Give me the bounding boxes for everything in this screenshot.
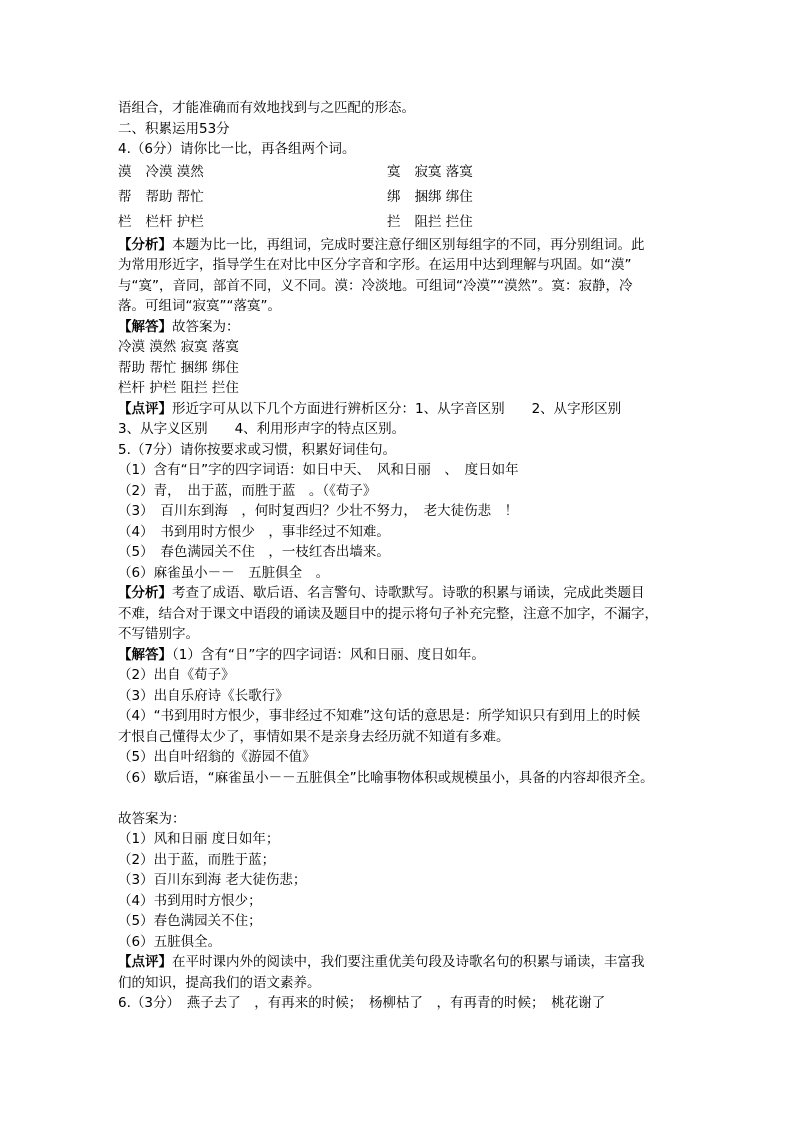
q4-pair-row: 帮帮助 帮忙 绑捆绑 绑住: [118, 185, 678, 210]
words: 栏杆 护栏: [146, 214, 204, 230]
answer-line: 栏杆 护栏 阻拦 拦住: [118, 378, 678, 399]
q4-pair-left: 漠冷漠 漠然: [118, 160, 204, 185]
q4-analysis: 【分析】本题为比一比，再组词，完成时要注意仔细区别每组字的不同，再分别组词。此 …: [118, 235, 678, 317]
analysis-text: 考查了成语、歇后语、名言警句、诗歌默写。诗歌的积累与诵读，完成此类题目: [172, 585, 645, 601]
q4-answer: 【解答】故答案为： 冷漠 漠然 寂寞 落寞 帮助 帮忙 捆绑 绑住 栏杆 护栏 …: [118, 317, 678, 399]
q5-item: （5） 春色满园关不住 ，一枝红杏出墙来。: [118, 542, 678, 563]
words: 寂寞 落寞: [415, 164, 473, 180]
words: 阻拦 拦住: [415, 214, 473, 230]
q5-comment: 【点评】在平时课内外的阅读中，我们要注重优美句段及诗歌名句的积累与诵读，丰富我 …: [118, 952, 678, 993]
final-line: （4）书到用时方恨少；: [118, 891, 678, 912]
answer-line: （2）出自《荀子》: [118, 665, 678, 686]
words: 捆绑 绑住: [415, 189, 473, 205]
q4-pair-left: 栏栏杆 护栏: [118, 210, 204, 235]
final-line: （5）春色满园关不住；: [118, 911, 678, 932]
answer-line: （1）含有“日”字的四字词语：风和日丽、度日如年。: [172, 647, 485, 663]
analysis-label: 【分析】: [118, 585, 172, 601]
char: 栏: [118, 214, 132, 230]
q5-title: 5.（7分）请你按要求或习惯，积累好词佳句。: [118, 440, 678, 461]
answer-line: 冷漠 漠然 寂寞 落寞: [118, 337, 678, 358]
q4-comment: 【点评】形近字可从以下几个方面进行辨析区分：1、从字音区别 2、从字形区别 3、…: [118, 399, 678, 440]
char: 拦: [387, 214, 401, 230]
q4-pair-row: 栏栏杆 护栏 拦阻拦 拦住: [118, 210, 678, 235]
q5-final-answer: 故答案为： （1）风和日丽 度日如年； （2）出于蓝，而胜于蓝； （3）百川东到…: [118, 809, 678, 953]
words: 帮助 帮忙: [146, 189, 204, 205]
q5-analysis: 【分析】考查了成语、歇后语、名言警句、诗歌默写。诗歌的积累与诵读，完成此类题目 …: [118, 583, 678, 645]
final-line: （6）五脏俱全。: [118, 932, 678, 953]
q4-pair-left: 帮帮助 帮忙: [118, 185, 204, 210]
analysis-text: 与“寞”，音同，部首不同，义不同。漠：冷淡地。可组词“冷漠”“漠然”。寞：寂静，…: [118, 276, 678, 297]
q5-item: （2）青， 出于蓝，而胜于蓝 。（《荀子》: [118, 481, 678, 502]
analysis-text: 落。可组词“寂寞”“落寞”。: [118, 296, 678, 317]
answer-label: 【解答】: [118, 647, 172, 663]
q5-item: （4） 书到用时方恨少 ，事非经过不知难。: [118, 522, 678, 543]
document-page: 语组合，才能准确而有效地找到与之匹配的形态。 二、积累运用53分 4.（6分）请…: [118, 98, 678, 1014]
q4-pair-right: 拦阻拦 拦住: [387, 210, 473, 235]
char: 寞: [387, 164, 401, 180]
final-intro: 故答案为：: [118, 809, 678, 830]
answer-line: （3）出自乐府诗《长歌行》: [118, 686, 678, 707]
q4-pair-row: 漠冷漠 漠然 寞寂寞 落寞: [118, 160, 678, 185]
analysis-text: 为常用形近字，指导学生在对比中区分字音和字形。在运用中达到理解与巩固。如“漠”: [118, 255, 678, 276]
comment-label: 【点评】: [118, 401, 172, 417]
comment-text: 3、从字义区别 4、利用形声字的特点区别。: [118, 419, 678, 440]
char: 绑: [387, 189, 401, 205]
analysis-text: 本题为比一比，再组词，完成时要注意仔细区别每组字的不同，再分别组词。此: [172, 237, 645, 253]
analysis-text: 不写错别字。: [118, 624, 678, 645]
comment-text: 们的知识，提高我们的语文素养。: [118, 973, 678, 994]
q4-title: 4.（6分）请你比一比，再各组两个词。: [118, 139, 678, 160]
final-line: （1）风和日丽 度日如年；: [118, 829, 678, 850]
q5-answer: 【解答】（1）含有“日”字的四字词语：风和日丽、度日如年。 （2）出自《荀子》 …: [118, 645, 678, 789]
comment-text: 形近字可从以下几个方面进行辨析区分：1、从字音区别 2、从字形区别: [172, 401, 621, 417]
comment-label: 【点评】: [118, 954, 172, 970]
answer-line: （6）歇后语，“麻雀虽小－－五脏俱全”比喻事物体积或规模虽小，具备的内容却很齐全…: [118, 768, 678, 789]
answer-line: （5）出自叶绍翁的《游园不值》: [118, 747, 678, 768]
q5-item: （3） 百川东到海 ，何时复西归？少壮不努力， 老大徒伤悲 ！: [118, 501, 678, 522]
answer-line: 帮助 帮忙 捆绑 绑住: [118, 358, 678, 379]
answer-intro: 故答案为：: [172, 319, 240, 335]
answer-line: （4）“书到用时方恨少，事非经过不知难”这句话的意思是：所学知识只有到用上的时候: [118, 706, 678, 727]
final-line: （3）百川东到海 老大徒伤悲；: [118, 870, 678, 891]
words: 冷漠 漠然: [146, 164, 204, 180]
analysis-text: 不难，结合对于课文中语段的诵读及题目中的提示将句子补充完整，注意不加字，不漏字，: [118, 604, 678, 625]
q5-item: （6）麻雀虽小－－ 五脏俱全 。: [118, 563, 678, 584]
intro-line: 语组合，才能准确而有效地找到与之匹配的形态。: [118, 98, 678, 119]
q4-pair-right: 绑捆绑 绑住: [387, 185, 473, 210]
q5-item: （1）含有“日”字的四字词语：如日中天、 风和日丽 、 度日如年: [118, 460, 678, 481]
final-line: （2）出于蓝，而胜于蓝；: [118, 850, 678, 871]
answer-line: 才恨自己懂得太少了，事情如果不是亲身去经历就不知道有多难。: [118, 727, 678, 748]
section-title: 二、积累运用53分: [118, 119, 678, 140]
char: 帮: [118, 189, 132, 205]
comment-text: 在平时课内外的阅读中，我们要注重优美句段及诗歌名句的积累与诵读，丰富我: [172, 954, 645, 970]
char: 漠: [118, 164, 132, 180]
analysis-label: 【分析】: [118, 237, 172, 253]
q4-pair-right: 寞寂寞 落寞: [387, 160, 473, 185]
q6-title: 6.（3分） 燕子去了 ，有再来的时候； 杨柳枯了 ，有再青的时候； 桃花谢了: [118, 993, 678, 1014]
answer-label: 【解答】: [118, 319, 172, 335]
